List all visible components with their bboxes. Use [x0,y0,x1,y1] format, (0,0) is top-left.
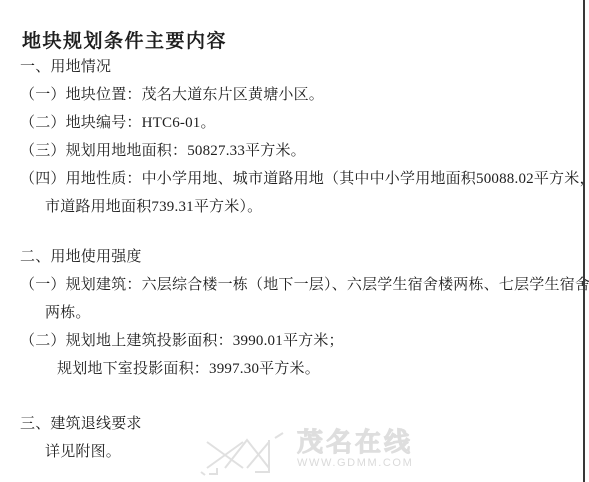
watermark-text: 茂名在线 WWW.GDMM.COM [297,428,413,469]
section-1-item-4: （四）用地性质：中小学用地、城市道路用地（其中中小学用地面积50088.02平方… [20,167,589,188]
watermark-site-url: WWW.GDMM.COM [297,457,413,469]
document-title: 地块规划条件主要内容 [22,26,227,53]
document-page: 地块规划条件主要内容 一、用地情况 （一）地块位置：茂名大道东片区黄塘小区。 （… [0,0,589,482]
site-watermark: 茂名在线 WWW.GDMM.COM [199,428,413,478]
section-1-item-3: （三）规划用地地面积：50827.33平方米。 [20,139,306,160]
section-2-item-2-continuation: 规划地下室投影面积：3997.30平方米。 [57,357,320,378]
section-3-heading: 三、建筑退线要求 [20,412,142,433]
section-1-item-4-continuation: 市道路用地面积739.31平方米）。 [45,195,262,216]
section-2-item-2: （二）规划地上建筑投影面积：3990.01平方米； [20,329,344,350]
page-right-border-line [583,0,585,482]
section-1-heading: 一、用地情况 [20,55,111,76]
section-2-item-1-continuation: 两栋。 [45,301,91,322]
section-1-item-2: （二）地块编号：HTC6-01。 [20,111,216,132]
section-2-item-1: （一）规划建筑：六层综合楼一栋（地下一层）、六层学生宿舍楼两栋、七层学生宿舍楼 [20,273,589,294]
section-1-item-1: （一）地块位置：茂名大道东片区黄塘小区。 [20,83,324,104]
maoming-online-logo-icon [199,428,291,478]
watermark-site-name: 茂名在线 [297,428,413,456]
section-3-item-1: 详见附图。 [45,440,121,461]
section-2-heading: 二、用地使用强度 [20,245,142,266]
